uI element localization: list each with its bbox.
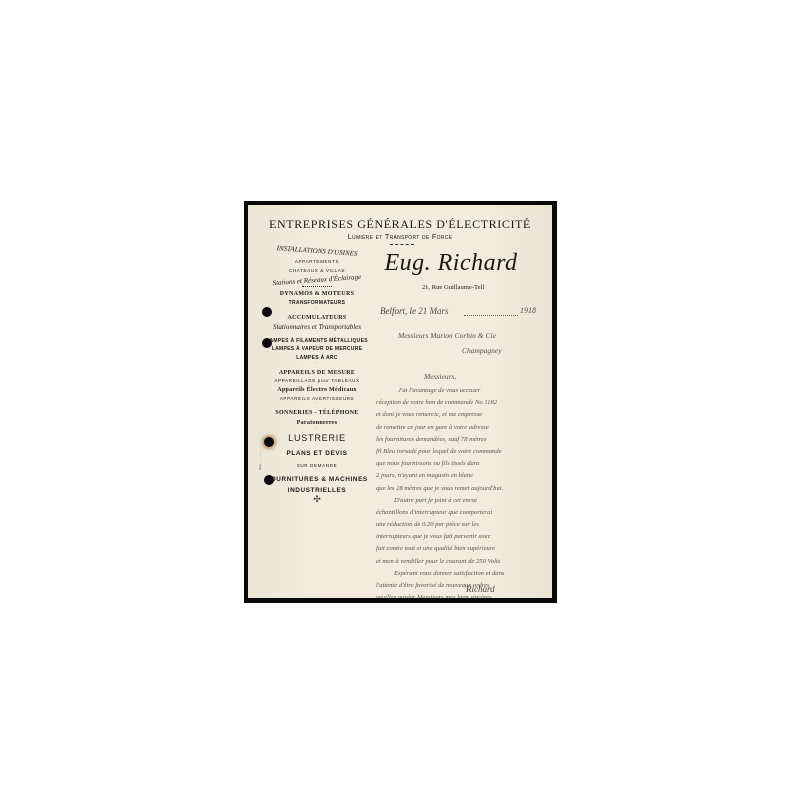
- place-date: Belfort, le 21 Mars: [380, 306, 449, 316]
- service-item: SONNERIES - TÉLÉPHONE: [256, 410, 378, 416]
- letter-body-line: veuillez agréer Messieurs mes bien sincè…: [376, 592, 548, 603]
- letter-body-line: fil Bleu torsadé pour lequel de votre co…: [376, 446, 548, 458]
- letter-body-line: réception de votre bon de commande No 11…: [376, 397, 548, 409]
- service-item: APPARTEMENTS: [256, 260, 378, 265]
- section-divider: ·: [256, 426, 378, 431]
- service-item: LUSTRERIE: [256, 434, 378, 443]
- date-year: 1918: [520, 306, 536, 315]
- section-divider: ·: [256, 443, 378, 448]
- section-divider: ·: [256, 306, 378, 311]
- section-divider: ·: [256, 401, 378, 406]
- recipient-city: Champagney: [462, 346, 502, 355]
- letter-body-line: interrupteurs que je vous fait parvenir …: [376, 531, 548, 543]
- letter-body-line: l'attente d'être favorisé de nouveaux or…: [376, 580, 548, 592]
- letter-body-line: que les 28 mètres que je vous remet aujo…: [376, 483, 548, 495]
- letter-body-line: fait contre tout et une qualité bien sup…: [376, 543, 548, 555]
- letterhead-subtitle: Lumière et Transport de Force: [248, 232, 552, 241]
- letter-body: J'ai l'avantage de vous accuserréception…: [376, 385, 548, 603]
- company-brand: Eug. Richard: [376, 250, 526, 277]
- punch-hole-top: [262, 307, 272, 317]
- company-address: 21, Rue Guillaume-Tell: [398, 284, 508, 291]
- services-column: INSTALLATIONS D'USINESAPPARTEMENTSCHATEA…: [256, 247, 378, 502]
- service-item: INSTALLATIONS D'USINES: [256, 244, 378, 259]
- ornament-icon: ✣: [256, 497, 378, 502]
- letter-sheet: ENTREPRISES GÉNÉRALES D'ÉLECTRICITÉ Lumi…: [244, 201, 557, 603]
- salutation: Messieurs,: [424, 372, 456, 381]
- recipient-name: Messieurs Marion Corbin & Cie: [398, 331, 496, 340]
- section-divider: [302, 286, 332, 287]
- service-item: FOURNITURES & MACHINES: [256, 477, 378, 483]
- service-item: DYNAMOS & MOTEURS: [256, 291, 378, 297]
- service-item: ACCUMULATEURS: [256, 315, 378, 321]
- letter-body-line: D'autre part je joint à cet envoi: [376, 495, 548, 507]
- section-divider: ·: [256, 331, 378, 336]
- letter-body-line: J'ai l'avantage de vous accuser: [376, 385, 548, 397]
- service-item: LAMPES À VAPEUR DE MERCURE: [256, 347, 378, 352]
- date-dotted-line: [464, 315, 518, 316]
- service-item: APPAREILS DE MESURE: [256, 370, 378, 376]
- letter-body-line: que nous fournissons ou fils tissés dans: [376, 458, 548, 470]
- service-item: APPAREILLAGE pour TABLEAUX: [256, 379, 378, 384]
- punch-hole-bottom: [264, 475, 274, 485]
- section-divider: ·: [256, 361, 378, 366]
- letter-body-line: de remettre ce jour en gare à votre adre…: [376, 422, 548, 434]
- place-date-prefix: Belfort, le: [380, 306, 416, 316]
- service-item: LAMPES À FILAMENTS MÉTALLIQUES: [256, 339, 378, 344]
- letterhead-title: ENTREPRISES GÉNÉRALES D'ÉLECTRICITÉ: [248, 217, 552, 232]
- letter-body-line: une réduction de 0.20 par pièce sur les: [376, 519, 548, 531]
- punch-hole-middle: [262, 338, 272, 348]
- letter-body-line: et mon à vendiller pour le courant de 25…: [376, 556, 548, 568]
- punch-hole-burned: [264, 437, 274, 447]
- letter-body-line: 2 jours, n'ayant en magasin en blanc: [376, 470, 548, 482]
- section-divider: ·: [256, 468, 378, 473]
- printer-imprint: Imp. ...............: [258, 430, 262, 470]
- letter-body-line: Espérant vous donner satisfaction et dan…: [376, 568, 548, 580]
- letter-body-line: les fournitures demandées, sauf 78 mètre…: [376, 434, 548, 446]
- letter-body-line: et dont je vous remercie, et me empresse: [376, 409, 548, 421]
- header-divider: [390, 244, 414, 245]
- letter-body-line: échantillons d'interrupteur que comporte…: [376, 507, 548, 519]
- service-item: Appareils Électro Médicaux: [256, 387, 378, 393]
- signature: Richard: [466, 584, 495, 594]
- date-day-month: 21 Mars: [418, 306, 448, 316]
- service-item: Stationnaires et Transportables: [256, 324, 378, 331]
- service-item: PLANS ET DEVIS: [256, 451, 378, 457]
